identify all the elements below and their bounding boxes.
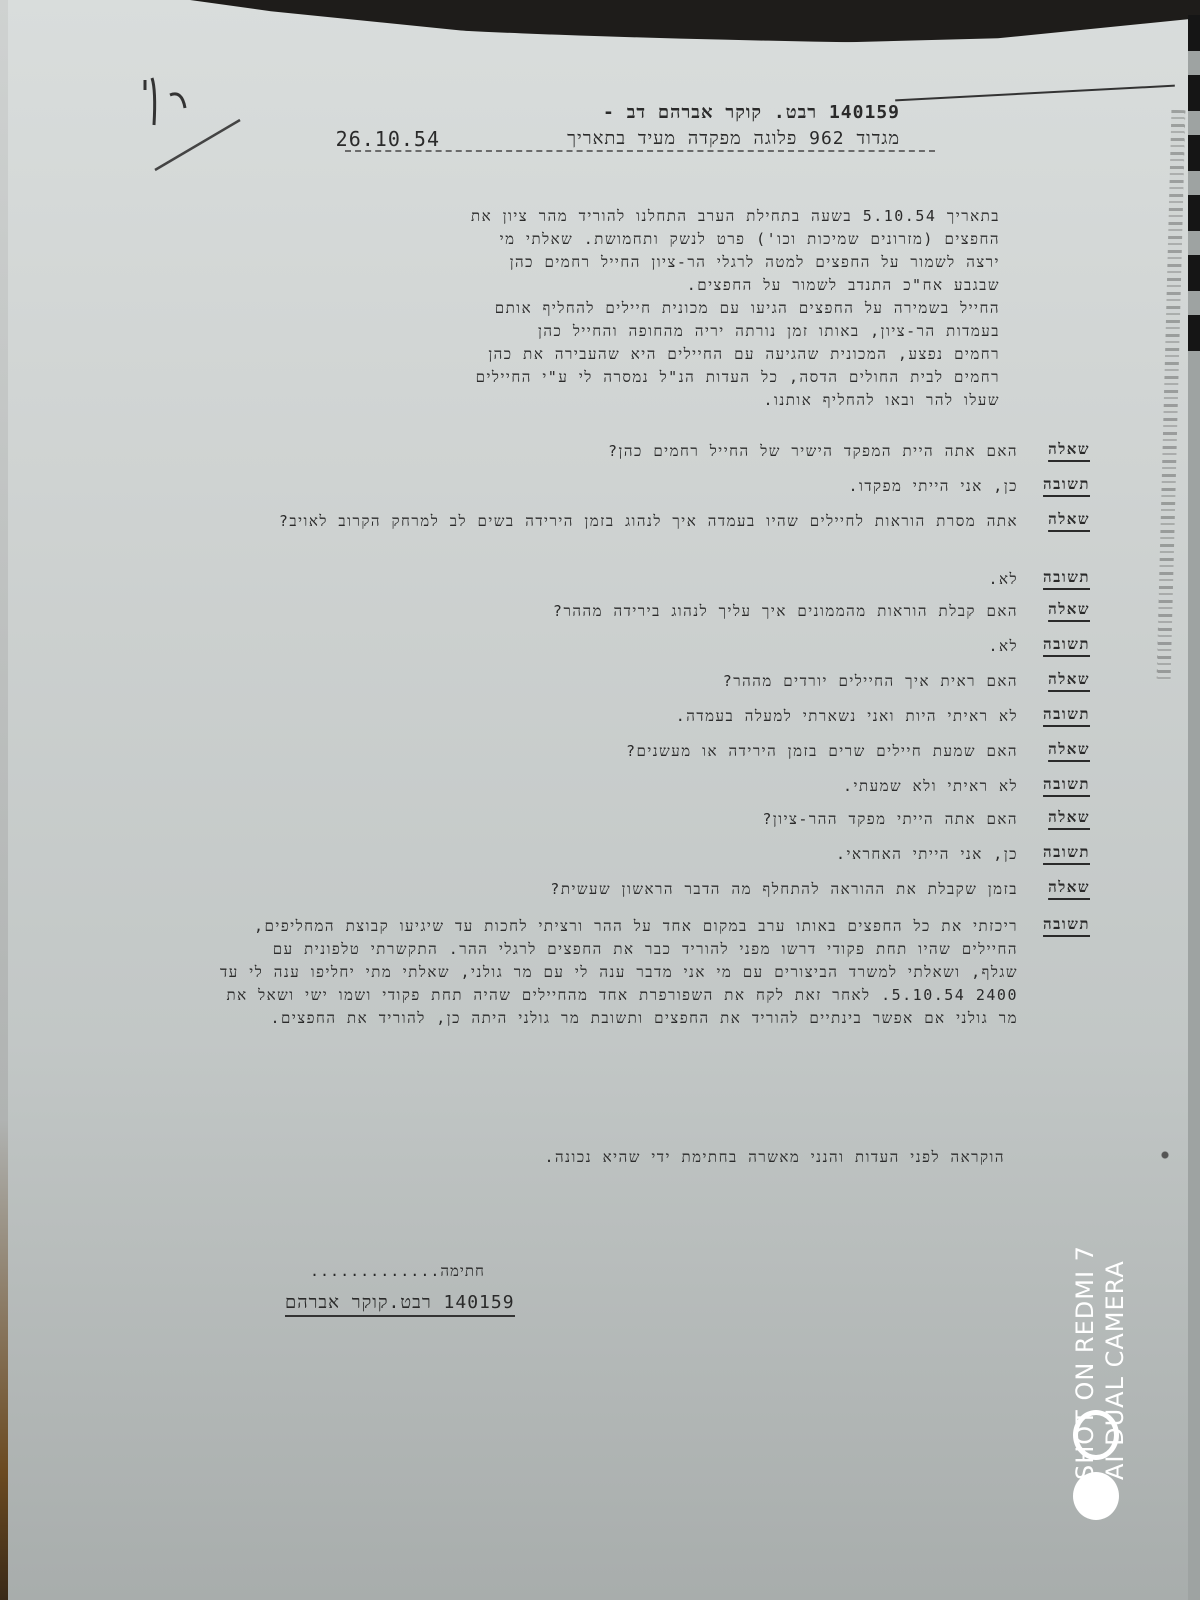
binder-holes bbox=[1178, 0, 1200, 700]
qa-text: כן, אני הייתי מפקדו. bbox=[218, 475, 1018, 498]
document-header: 140159 רבט. קוקר אברהם דב - מגדוד 962 פל… bbox=[567, 100, 900, 152]
qa-row: שאלהאתה מסרת הוראות לחיילים שהיו בעמדה א… bbox=[190, 510, 1090, 533]
qa-text: האם ראית איך החיילים יורדים מההר? bbox=[218, 670, 1018, 693]
qa-label: תשובה bbox=[1018, 915, 1090, 934]
signature-name: 140159 רבט.קוקר אברהם bbox=[285, 1292, 515, 1317]
qa-row: שאלההאם קבלת הוראות מהממונים איך עליך לנ… bbox=[190, 600, 1090, 623]
intro-line: רחמים לבית החולים הדסה, כל העדות הנ"ל נמ… bbox=[220, 366, 1000, 389]
qa-label: שאלה bbox=[1018, 808, 1090, 827]
qa-row: תשובהלא ראיתי ולא שמעתי. bbox=[190, 775, 1090, 798]
qa-label: תשובה bbox=[1018, 475, 1090, 494]
intro-line: שבגבע אח"כ התנדב לשמור על החפצים. bbox=[220, 274, 1000, 297]
qa-row: תשובהלא ראיתי היות ואני נשארתי למעלה בעמ… bbox=[190, 705, 1090, 728]
qa-row: שאלההאם אתה היית המפקד הישיר של החייל רח… bbox=[190, 440, 1090, 463]
qa-label: תשובה bbox=[1018, 705, 1090, 724]
qa-text: בזמן שקבלת את ההוראה להתחלף מה הדבר הראש… bbox=[218, 878, 1018, 901]
qa-row: שאלההאם ראית איך החיילים יורדים מההר? bbox=[190, 670, 1090, 693]
intro-line: בתאריך 5.10.54 בשעה בתחילת הערב התחלנו ל… bbox=[220, 205, 1000, 228]
qa-row: תשובהריכזתי את כל החפצים באותו ערב במקום… bbox=[190, 915, 1090, 1030]
qa-label: שאלה bbox=[1018, 878, 1090, 897]
binder-hole bbox=[1188, 195, 1200, 231]
qa-text: ריכזתי את כל החפצים באותו ערב במקום אחד … bbox=[218, 915, 1018, 1030]
qa-text: האם אתה היית המפקד הישיר של החייל רחמים … bbox=[218, 440, 1018, 463]
qa-label: תשובה bbox=[1018, 635, 1090, 654]
intro-line: בעמדות הר-ציון, באותו זמן נורתה יריה מהח… bbox=[220, 320, 1000, 343]
intro-line: החפצים (מזרונים שמיכות וכו') פרט לנשק ות… bbox=[220, 228, 1000, 251]
qa-label: שאלה bbox=[1018, 600, 1090, 619]
ink-stain bbox=[1150, 1140, 1180, 1170]
qa-label: שאלה bbox=[1018, 740, 1090, 759]
qa-text: לא ראיתי היות ואני נשארתי למעלה בעמדה. bbox=[218, 705, 1018, 728]
binder-hole bbox=[1188, 75, 1200, 111]
margin-scribble-icon bbox=[140, 70, 260, 180]
camera-watermark: SHOT ON REDMI 7 AI DUAL CAMERA bbox=[1055, 1140, 1145, 1520]
qa-row: תשובהכן, אני הייתי מפקדו. bbox=[190, 475, 1090, 498]
camera-ring-icon bbox=[1073, 1410, 1119, 1460]
qa-row: תשובהלא. bbox=[190, 568, 1090, 591]
qa-text: כן, אני הייתי האחראי. bbox=[218, 843, 1018, 866]
qa-row: שאלההאם אתה הייתי מפקד ההר-ציון? bbox=[190, 808, 1090, 831]
qa-text: האם קבלת הוראות מהממונים איך עליך לנהוג … bbox=[218, 600, 1018, 623]
qa-label: תשובה bbox=[1018, 775, 1090, 794]
header-dashed-rule bbox=[345, 150, 935, 152]
binder-hole bbox=[1188, 315, 1200, 351]
qa-text: האם שמעת חיילים שרים בזמן הירידה או מעשנ… bbox=[218, 740, 1018, 763]
signature-label: חתימה............. bbox=[310, 1262, 485, 1281]
qa-label: תשובה bbox=[1018, 843, 1090, 862]
qa-row: תשובהכן, אני הייתי האחראי. bbox=[190, 843, 1090, 866]
intro-line: החייל בשמירה על החפצים הגיעו עם מכונית ח… bbox=[220, 297, 1000, 320]
binder-hole bbox=[1188, 15, 1200, 51]
camera-dot-icon bbox=[1073, 1472, 1119, 1520]
binder-hole bbox=[1188, 255, 1200, 291]
closing-statement: הוקראה לפני העדות והנני מאשרה בחתימת ידי… bbox=[545, 1148, 1005, 1167]
qa-text: אתה מסרת הוראות לחיילים שהיו בעמדה איך ל… bbox=[218, 510, 1018, 533]
qa-label: תשובה bbox=[1018, 568, 1090, 587]
qa-text: לא ראיתי ולא שמעתי. bbox=[218, 775, 1018, 798]
intro-line: שעלו להר ובאו להחליף אותנו. bbox=[220, 389, 1000, 412]
intro-paragraph: בתאריך 5.10.54 בשעה בתחילת הערב התחלנו ל… bbox=[220, 205, 1000, 412]
binder-hole bbox=[1188, 135, 1200, 171]
qa-row: שאלההאם שמעת חיילים שרים בזמן הירידה או … bbox=[190, 740, 1090, 763]
qa-label: שאלה bbox=[1018, 510, 1090, 529]
header-line-2: מגדוד 962 פלוגה מפקדה מעיד בתאריך bbox=[567, 126, 900, 152]
header-line-1: 140159 רבט. קוקר אברהם דב - bbox=[567, 100, 900, 126]
intro-line: רחמים נפצע, המכונית שהגיעה עם החיילים הי… bbox=[220, 343, 1000, 366]
qa-text: לא. bbox=[218, 568, 1018, 591]
qa-label: שאלה bbox=[1018, 670, 1090, 689]
qa-text: האם אתה הייתי מפקד ההר-ציון? bbox=[218, 808, 1018, 831]
qa-text: לא. bbox=[218, 635, 1018, 658]
qa-row: תשובהלא. bbox=[190, 635, 1090, 658]
qa-row: שאלהבזמן שקבלת את ההוראה להתחלף מה הדבר … bbox=[190, 878, 1090, 901]
header-date: 26.10.54 bbox=[336, 126, 440, 152]
qa-label: שאלה bbox=[1018, 440, 1090, 459]
intro-line: ירצה לשמור על החפצים למטה לרגלי הר-ציון … bbox=[220, 251, 1000, 274]
